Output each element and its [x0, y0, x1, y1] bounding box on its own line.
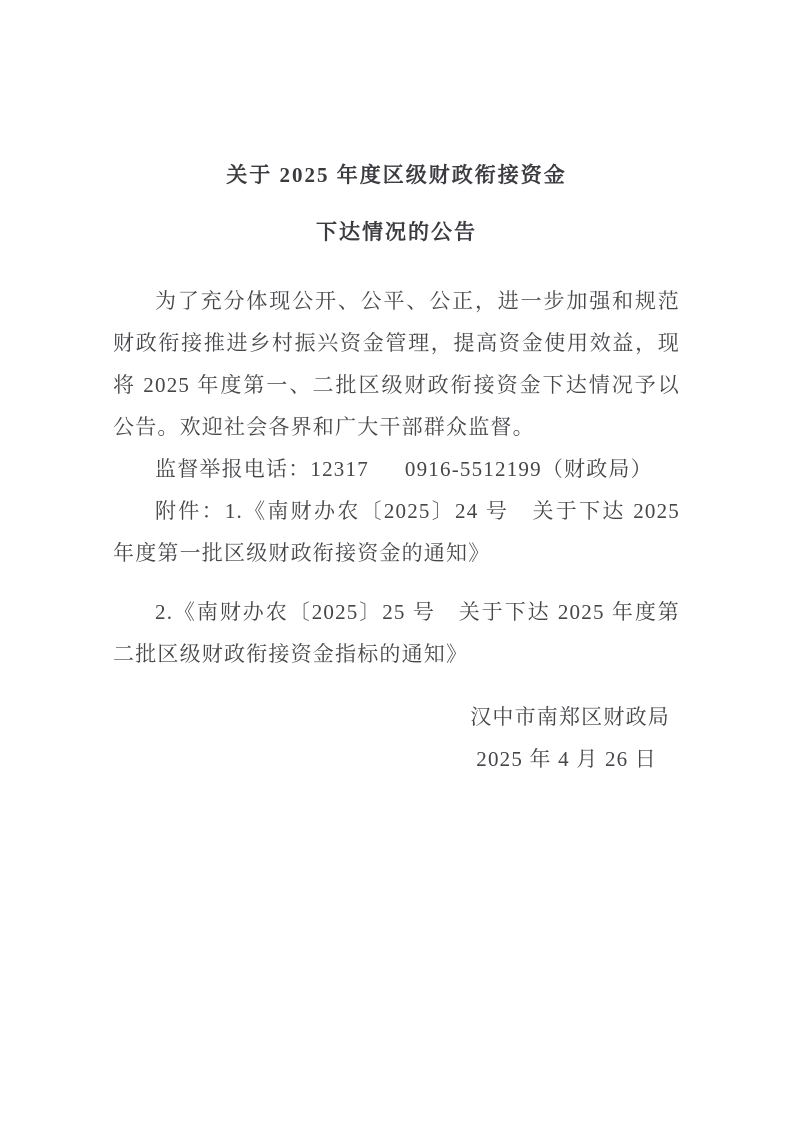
hotline-number-finance-bureau: 0916-5512199 — [405, 457, 542, 481]
hotline-agency-suffix: （财政局） — [542, 457, 653, 481]
hotline-line: 监督举报电话：123170916-5512199（财政局） — [113, 448, 680, 490]
announcement-page: 关于 2025 年度区级财政衔接资金 下达情况的公告 为了充分体现公开、公平、公… — [0, 0, 792, 1121]
document-title-line2: 下达情况的公告 — [113, 217, 680, 247]
document-title-line1: 关于 2025 年度区级财政衔接资金 — [113, 160, 680, 190]
attachment-2-paragraph: 2.《南财办农〔2025〕25 号 关于下达 2025 年度第二批区级财政衔接资… — [113, 591, 680, 675]
signature-date: 2025 年 4 月 26 日 — [113, 738, 680, 780]
hotline-number-12317: 12317 — [310, 457, 369, 481]
intro-paragraph: 为了充分体现公开、公平、公正，进一步加强和规范财政衔接推进乡村振兴资金管理，提高… — [113, 280, 680, 448]
signature-agency: 汉中市南郑区财政局 — [113, 696, 680, 738]
hotline-label: 监督举报电话： — [155, 457, 310, 481]
attachment-1-paragraph: 附件：1.《南财办农〔2025〕24 号 关于下达 2025 年度第一批区级财政… — [113, 490, 680, 574]
document-content: 关于 2025 年度区级财政衔接资金 下达情况的公告 为了充分体现公开、公平、公… — [113, 0, 680, 780]
